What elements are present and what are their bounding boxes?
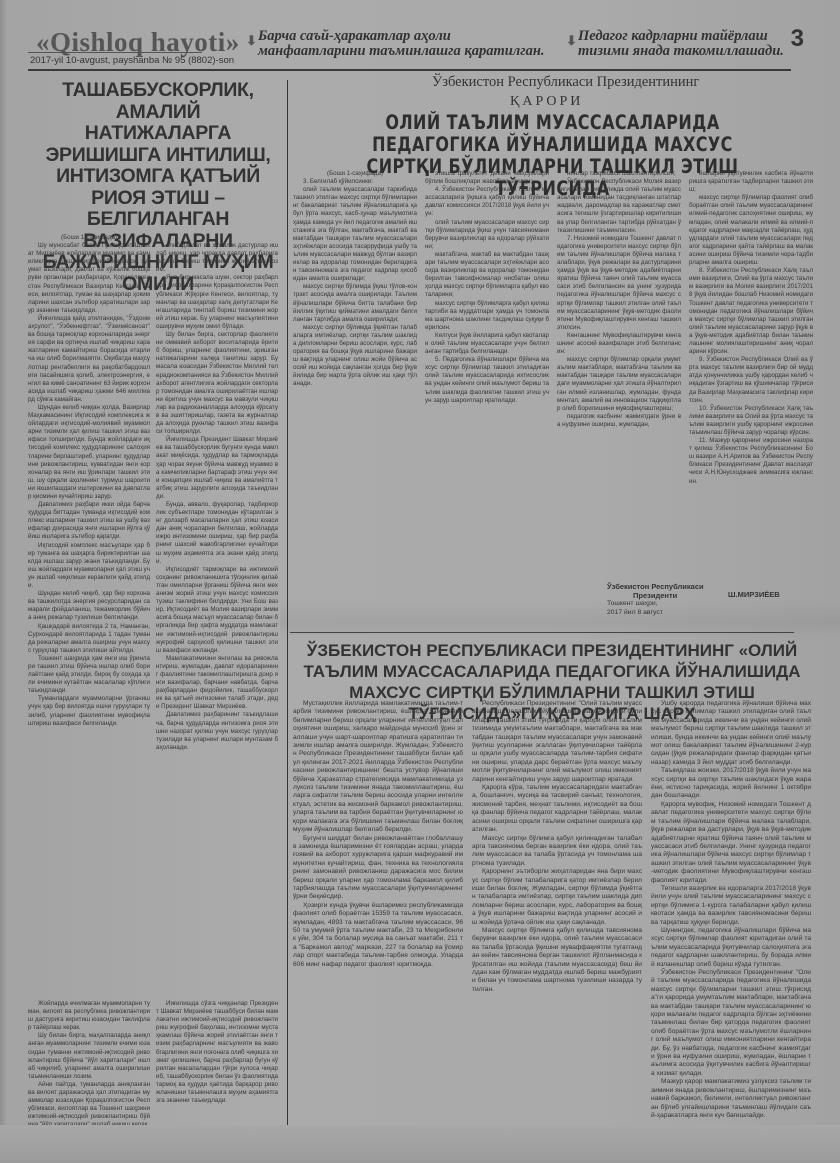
continued-from-label: (Боши 1-саҳифада) <box>28 234 150 242</box>
dateline-rule <box>28 52 202 53</box>
paragraph: Республикаси Президентининг "Олий таълим… <box>472 700 642 784</box>
paragraph: Ўзбекистон Республикаси Молия вазирлиги … <box>557 178 681 235</box>
paragraph: Келгуси ўқув йилларига қабул квоталари о… <box>425 332 549 356</box>
teaser-2[interactable]: ⬇ Педагог кадрларни тайёрлаш тизими янад… <box>578 29 784 59</box>
newspaper-name: «Qishloq hayoti» <box>36 27 240 58</box>
decree-label: ҚАРОРИ <box>510 94 583 110</box>
paragraph: Иқтисодий комплекс масъулари ҳар бир тум… <box>28 542 150 591</box>
paragraph: 5. Педагогика йўналишлари бўйича махсус … <box>425 356 549 405</box>
teaser-2-line1: Педагог кадрларни тайёрлаш <box>578 29 784 44</box>
paragraph: Яна бир масала шуки, сектор раҳбарлари ҳ… <box>156 274 278 331</box>
masthead: «Qishloq hayoti» 2017-yil 10-avgust, pay… <box>28 25 804 70</box>
masthead-rule <box>28 69 791 71</box>
teaser-1-line2: манфаатларини таъминлашга қаратилган. <box>258 44 545 59</box>
left-article-column-3: Жойларда ечилмаган муаммоларни туман, ви… <box>28 1000 150 1125</box>
paragraph: Таъкидлаш жоизки, 2017/2018 ўқув йили уч… <box>651 767 811 801</box>
paragraph: олий таълим муассасалари махсус сиртқи б… <box>425 219 549 251</box>
paragraph: ёшларни ўқитувчилик касбига йўналтиришга… <box>689 170 813 194</box>
teaser-1[interactable]: ⬇ Барча саъй-ҳаракатлар аҳоли манфаатлар… <box>258 29 545 59</box>
decree-preheader: Ўзбекистон Республикаси Президентининг <box>432 74 699 91</box>
paragraph: махсус сиртқи бўлимларга қабул қилиш тар… <box>425 300 549 332</box>
paragraph: мактабгача, мактаб ва мактабдан ташқари … <box>425 251 549 300</box>
paragraph: Шу муносабат билан Президент Шавкат Мирз… <box>28 242 150 315</box>
page-number: 3 <box>791 25 804 53</box>
paragraph: Шундан келиб чиққан ҳолда, Вазирлар Маҳк… <box>28 404 150 501</box>
decree-column-2: этишга факультет декани маҳсумлари бўлим… <box>425 170 549 610</box>
paragraph: Шундан келиб чиқиб, ҳар бир корхона ва т… <box>28 590 150 622</box>
arrow-down-icon: ⬇ <box>566 33 577 48</box>
paragraph: Давлатимиз раҳбари икки ойда барча ҳудуд… <box>28 501 150 541</box>
paragraph: махсус сиртқи бўлимлар фаолият олиб бора… <box>689 194 813 267</box>
paragraph: Йиғилишда сўзга чиққанлар Президент Шавк… <box>156 1000 278 1105</box>
teaser-1-line1: Барча саъй-ҳаракатлар аҳоли <box>258 29 545 44</box>
paragraph: олиб давлат ва хўжалик дастурлар ишлаб ч… <box>156 242 278 274</box>
paragraph: Иқтисодиёт тармоқлари ва ижтимоий соҳани… <box>156 566 278 655</box>
paragraph: Бунда, аввало, фуқаролар, тадбиркорлик с… <box>156 501 278 566</box>
paragraph: 9. Ўзбекистон Республикаси Олий ва ўрта … <box>689 356 813 405</box>
decree-column-3: нинлар тажрибаси шакллантирилсин; Ўзбеки… <box>557 170 681 580</box>
paragraph: этишга факультет декани маҳсумлари бўлим… <box>425 170 549 186</box>
paragraph: олий таълим муассасалари таркибида ташки… <box>293 186 417 283</box>
signature-name: Ш.МИРЗИЁЕВ <box>728 590 780 599</box>
paragraph: Йиғилишда қайд этилганидек, "Ўздонмаҳсул… <box>28 315 150 404</box>
paragraph: 7. Низомий номидаги Тошкент давлат педаг… <box>557 235 681 332</box>
paragraph: Қарорнинг эътиборли жиҳатларидан яна бир… <box>472 868 642 927</box>
paragraph: Қарорга мувофиқ, Низомий номидаги Тошкен… <box>651 801 811 885</box>
paragraph: махсус сиртқи бўлимда ўқиётган талабалар… <box>293 324 417 389</box>
dateline: 2017-yil 10-avgust, payshanba № 95 (8802… <box>30 55 234 66</box>
paragraph: Шу билан бирга, секторлар фаолиятини омм… <box>156 331 278 436</box>
paragraph: 3. Белгилаб қўйилсинки: <box>293 178 417 186</box>
teaser-2-line2: тизими янада такомиллашади. <box>578 44 784 59</box>
paragraph: Мустақиллик йилларида мамлакатимизда таъ… <box>293 700 463 835</box>
page-gutter-shadow <box>0 0 8 1163</box>
paragraph: Жойларда ечилмаган муаммоларни туман, ви… <box>28 1000 150 1032</box>
signature-title-line1: Ўзбекистон Республикаси <box>607 582 704 591</box>
paragraph: 10. Ўзбекистон Республикаси Халқ таълими… <box>689 405 813 437</box>
left-article-column-1: (Боши 1-саҳифада) Шу муносабат билан Пре… <box>28 234 150 1034</box>
paragraph: Махсус сиртқи бўлимга қабул қилинадиган … <box>472 835 642 869</box>
commentary-column-1: Мустақиллик йилларида мамлакатимизда таъ… <box>293 700 463 1125</box>
paragraph: Айни пайтда, туманларда аниқланган ва ви… <box>28 1081 150 1125</box>
commentary-column-3: Ушбу қарорда педагогика йўналиши бўйича … <box>651 700 811 1132</box>
continued-from-label: (Боши 1-саҳифада) <box>293 170 417 178</box>
paragraph: 11. Мазкур қарорнинг ижросини назорат қи… <box>689 437 813 486</box>
paragraph: Қашқадарё вилоятида 2 та, Наманган, Сурх… <box>28 623 150 655</box>
paragraph: Кенгашнинг Мувофиқлаштирувчи кенгашнинг … <box>557 332 681 356</box>
paragraph: Мазкур қарор мамлакатимиз узлуксиз таъли… <box>651 1078 811 1120</box>
paragraph: Ўзбекистон Республикаси Президентининг "… <box>651 969 811 1078</box>
left-article-column-4: Йиғилишда сўзга чиққанлар Президент Шавк… <box>156 1000 278 1120</box>
newspaper-page: «Qishloq hayoti» 2017-yil 10-avgust, pay… <box>0 0 840 1163</box>
paragraph: 4. Ўзбекистон Республикаси таълим муасса… <box>425 186 549 218</box>
paragraph: педагогик касбнинг жамиятдаги ўрни ва ну… <box>557 413 681 429</box>
paragraph: Шунингдек, педагогика йўналишлари бўйича… <box>651 927 811 969</box>
decree-column-1: (Боши 1-саҳифада) 3. Белгилаб қўйилсинки… <box>293 170 417 610</box>
paragraph: Давлатимиз раҳбарининг таъкидлашича, бар… <box>156 711 278 751</box>
commentary-rule <box>290 632 794 633</box>
paragraph: нинлар тажрибаси шакллантирилсин; <box>557 170 681 178</box>
paragraph: махсус сиртқи бўлимда ўқиш тўлов-контрак… <box>293 283 417 323</box>
arrow-down-icon: ⬇ <box>246 33 257 48</box>
paragraph: Мамлакатимизни янгилаш ва ривожлантириш,… <box>156 655 278 712</box>
paragraph: Тегишли вазирлик ва идораларга 2017/2018… <box>651 885 811 927</box>
decree-column-4: ёшларни ўқитувчилик касбига йўналтиришга… <box>689 170 813 578</box>
paragraph: Ҳозирги кунда ўқувчи ёшларимиз республик… <box>293 902 463 969</box>
paragraph: Бугунги шиддат билан ривожланаётган глоб… <box>293 835 463 902</box>
page-bottom-margin <box>0 1125 840 1163</box>
paragraph: Тошкент шаҳрида ҳам янги иш ўринлари таш… <box>28 655 150 695</box>
commentary-column-2: Республикаси Президентининг "Олий таълим… <box>472 700 642 1125</box>
paragraph: Ушбу қарорда педагогика йўналиши бўйича … <box>651 700 811 767</box>
paragraph: махсус сиртқи бўлимлар орқали умумтаълим… <box>557 356 681 413</box>
paragraph: Шу билан бирга, маҳаллаларда аниқланган … <box>28 1032 150 1081</box>
paragraph: Махсус сиртқи бўлимга қабул қилишда тавс… <box>472 927 642 994</box>
left-article-column-2: олиб давлат ва хўжалик дастурлар ишлаб ч… <box>156 242 278 1034</box>
paragraph: 8. Ўзбекистон Республикаси Халқ таълими … <box>689 267 813 356</box>
paragraph: Йиғилишда Президент Шавкат Мирзиёев ва т… <box>156 436 278 501</box>
paragraph: Қарорга кўра, таълим муассасаларидаги ма… <box>472 784 642 834</box>
paragraph: Туманлардаги муаммоларни ўрганиш учун ҳа… <box>28 695 150 727</box>
